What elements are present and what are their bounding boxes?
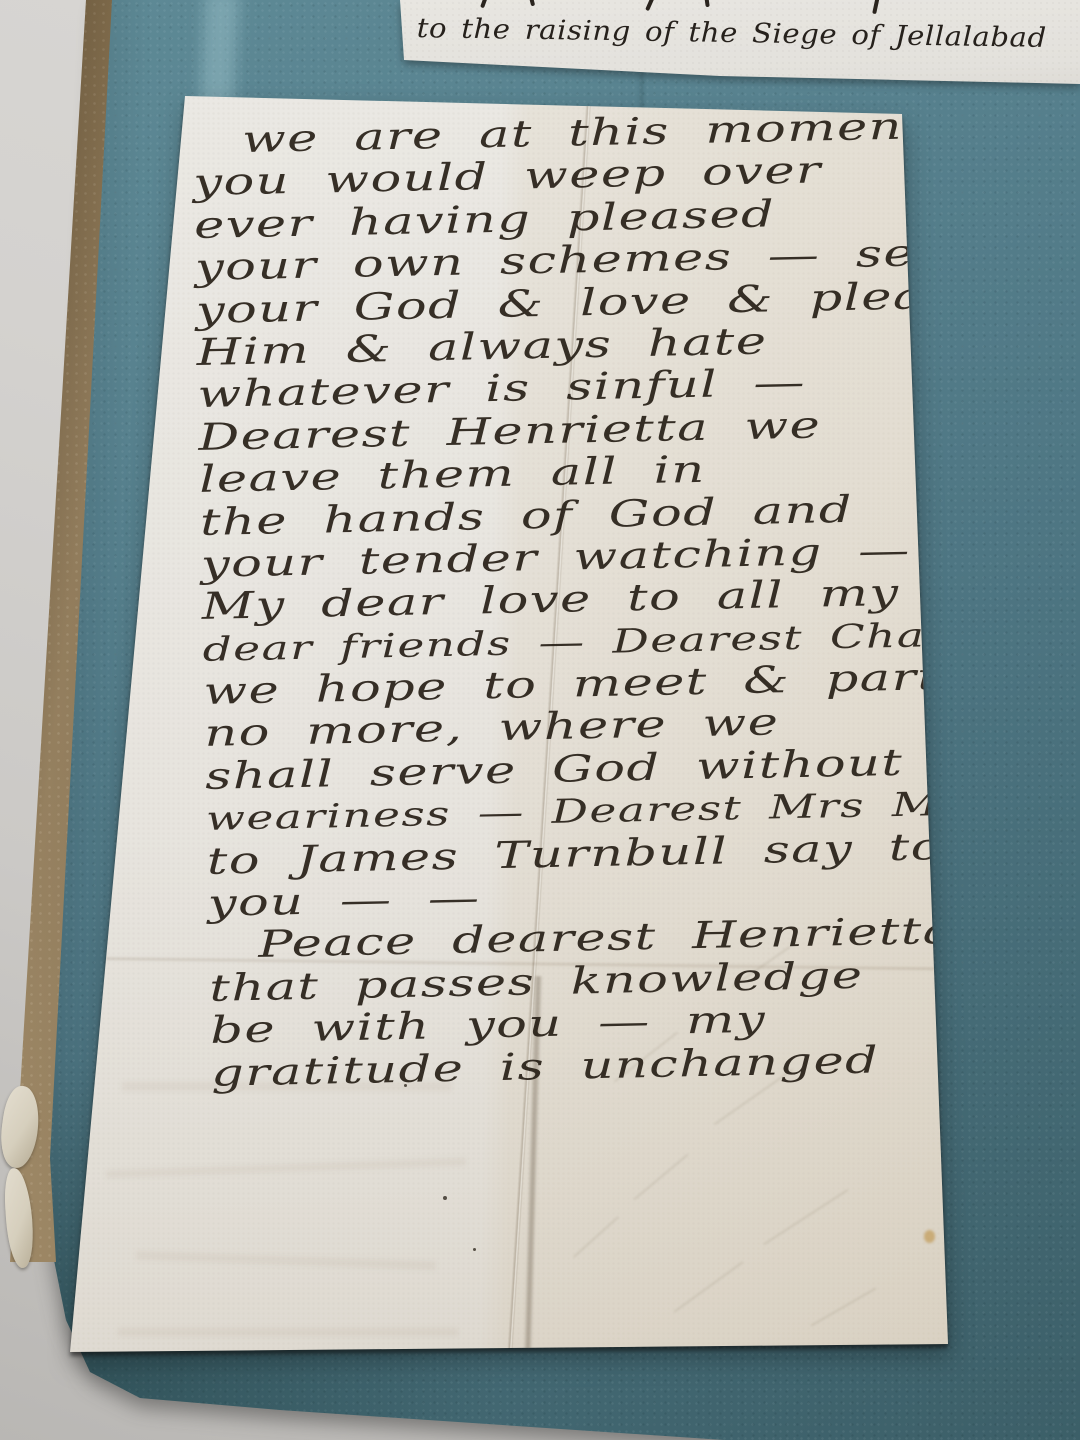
letter-page: we are at this moment you would weep ove…	[66, 96, 950, 1354]
ghost-writing	[118, 1328, 458, 1336]
cutoff-stroke-fragment	[704, 0, 709, 7]
cutoff-stroke-fragment	[480, 0, 488, 8]
cutoff-stroke-fragment	[872, 0, 880, 14]
caption-text: to the raising of the Siege of Jellalaba…	[416, 12, 1080, 57]
ink-speck	[443, 1196, 447, 1200]
caption-label-wrap: to the raising of the Siege of Jellalaba…	[0, 0, 1080, 110]
cutoff-stroke-fragment	[645, 0, 655, 11]
cutoff-stroke-fragment	[529, 0, 535, 6]
photo-of-letter-on-album: { "label": { "text": "to the raising of …	[0, 0, 1080, 1440]
letter-body: we are at this moment you would weep ove…	[192, 107, 839, 1094]
stain-spot	[924, 1230, 935, 1243]
caption-label: to the raising of the Siege of Jellalaba…	[0, 0, 1080, 110]
letter-page-shadow-wrap: we are at this moment you would weep ove…	[0, 0, 1080, 1440]
ink-speck	[473, 1248, 476, 1251]
